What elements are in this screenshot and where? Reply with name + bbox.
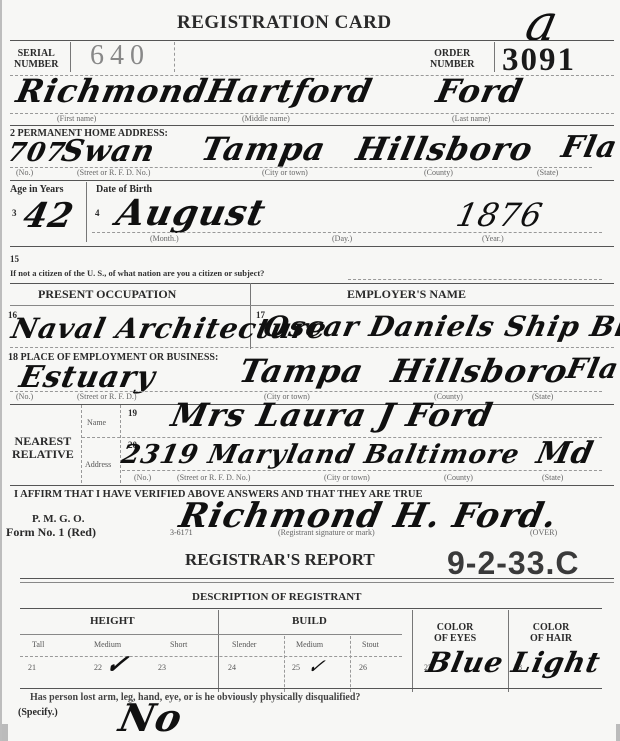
registration-card: REGISTRATION CARD a SERIAL NUMBER 640 OR… [0,0,620,741]
divider [10,125,614,126]
divider [86,182,87,242]
field-number: 26 [359,663,367,672]
divider [20,634,402,635]
birth-month: August [113,192,270,234]
last-name: Ford [433,72,527,110]
divider [20,608,602,609]
divider [10,180,614,181]
occupation-header: PRESENT OCCUPATION [38,287,176,302]
date-stamp: 9-2-33.C [447,545,580,582]
age-value: 42 [20,196,78,236]
employment-county: Hillsboro [388,352,572,390]
field-number: 25 [292,663,300,672]
col-stout: Stout [362,640,379,649]
eyes-header: COLOR OF EYES [434,622,476,644]
relative-address: 2319 Maryland Baltimore [119,440,523,470]
home-street: Swan [58,134,158,169]
field-number: 22 [94,663,102,672]
address-label: Address [85,460,111,469]
field-number: 24 [228,663,236,672]
card-title: REGISTRATION CARD [177,12,392,34]
divider [174,42,175,72]
home-state: Fla [558,130,620,165]
eye-color: Blue [423,646,506,679]
build-check-mark: ✓ [305,654,328,678]
divider [70,42,71,72]
caption: (State) [537,168,558,177]
caption: (Year.) [482,234,504,243]
employment-city: Tampa [236,352,368,390]
caption: (No.) [134,473,151,482]
divider [20,656,402,657]
divider [218,610,219,692]
scan-edge [616,724,620,741]
home-county: Hillsboro [353,130,537,168]
employment-street: Estuary [16,360,159,395]
divider [10,305,614,306]
middle-name: Hartford [203,72,376,110]
col-short: Short [170,640,187,649]
caption: (State) [532,392,553,401]
order-label: ORDER NUMBER [430,48,474,70]
relative-name: Mrs Laura J Ford [168,396,497,434]
col-height-medium: Medium [94,640,121,649]
specify-label: (Specify.) [18,707,58,718]
registrar-title: REGISTRAR'S REPORT [185,550,375,570]
scan-edge [2,724,8,741]
divider [284,636,285,692]
caption: (Middle name) [242,114,290,123]
caption: (Day.) [332,234,352,243]
divider [412,610,413,692]
divider [10,246,614,247]
col-tall: Tall [32,640,44,649]
citizenship-question: If not a citizen of the U. S., of what n… [10,268,264,278]
divider [20,582,614,583]
caption: (City or town) [324,473,370,482]
divider [81,405,82,483]
caption: (No.) [16,392,33,401]
form-code: 3-6171 [170,528,193,537]
caption: (No.) [16,168,33,177]
field-number: 17 [256,310,265,320]
caption: (Street or R. F. D.) [77,392,137,401]
col-slender: Slender [232,640,256,649]
hair-color: Light [508,646,603,679]
field-number: 4 [95,208,100,218]
caption: (State) [542,473,563,482]
serial-number: 640 [90,40,150,72]
form-line-1: P. M. G. O. [32,513,84,525]
build-header: BUILD [292,615,327,627]
height-header: HEIGHT [90,615,135,627]
birth-year: 1876 [453,196,547,234]
caption: (Month.) [150,234,179,243]
divider [20,688,602,689]
signature-caption: (Registrant signature or mark) [278,528,375,537]
divider [122,470,602,471]
divider [494,42,495,72]
over-label: (OVER) [530,528,557,537]
form-line-2: Form No. 1 (Red) [6,525,96,540]
field-number: 15 [10,254,19,264]
col-build-medium: Medium [296,640,323,649]
relative-state: Md [533,436,597,471]
divider [508,610,509,692]
caption: (Last name) [452,114,490,123]
divider [120,405,121,483]
caption: (County) [444,473,473,482]
employer-value: Oscar Daniels Ship Bldg Co [260,310,620,343]
caption: (Street or R. F. D. No.) [177,473,250,482]
divider [20,578,614,579]
divider [350,636,351,692]
divider [10,347,614,348]
name-label: Name [87,418,106,427]
serial-label: SERIAL NUMBER [14,48,58,70]
nearest-relative-label: NEAREST RELATIVE [12,435,74,461]
divider [82,437,602,438]
caption: (City or town) [262,168,308,177]
home-city: Tampa [198,130,330,168]
disqualification-question: Has person lost arm, leg, hand, eye, or … [30,692,360,703]
field-number: 3 [12,208,17,218]
caption: (County) [424,168,453,177]
caption: (First name) [57,114,96,123]
first-name: Richmond [13,72,211,110]
divider [10,485,614,486]
caption: (Street or R. F. D. No.) [77,168,150,177]
field-number: 21 [28,663,36,672]
age-label: Age in Years [10,184,64,195]
employer-header: EMPLOYER'S NAME [347,287,466,302]
divider [92,232,602,233]
employment-state: Fla [563,352,620,385]
disqualification-answer: No [115,695,187,740]
divider [348,279,602,280]
divider [10,283,614,284]
hair-header: COLOR OF HAIR [530,622,572,644]
description-title: DESCRIPTION OF REGISTRANT [192,591,362,603]
divider [10,113,614,114]
field-number: 23 [158,663,166,672]
height-check-mark: ✓ [103,650,132,680]
field-number: 19 [128,408,137,418]
